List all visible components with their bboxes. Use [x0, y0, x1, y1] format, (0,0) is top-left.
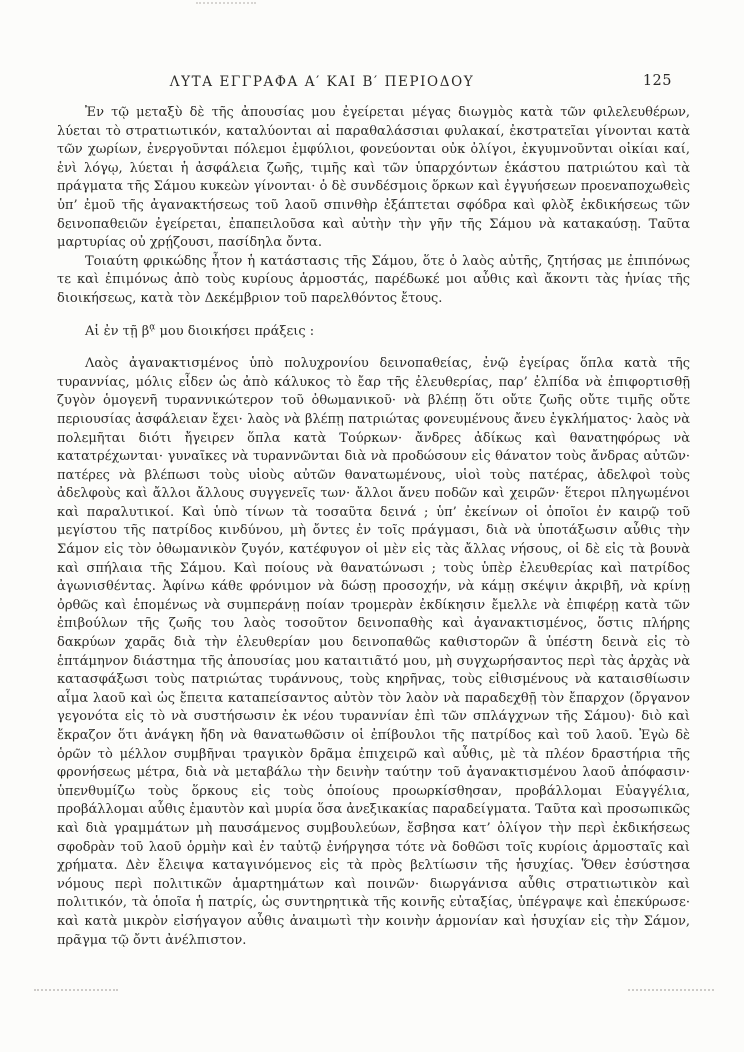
- scan-artifact-bottom-right: [628, 989, 714, 991]
- paragraph-3: Λαὸς ἀγανακτισμένος ὑπὸ πολυχρονίου δειν…: [57, 355, 690, 950]
- running-header: ΛΥΤΑ ΕΓΓΡΑΦΑ Α′ ΚΑΙ Β′ ΠΕΡΙΟΔΟΥ 125: [57, 74, 690, 94]
- page-header-title: ΛΥΤΑ ΕΓΓΡΑΦΑ Α′ ΚΑΙ Β′ ΠΕΡΙΟΔΟΥ: [57, 74, 587, 90]
- section-heading-text: Αἱ ἐν τῇ β: [85, 324, 149, 339]
- page-number: 125: [643, 73, 672, 89]
- scan-artifact-bottom-left: [34, 989, 118, 991]
- scanned-document-page: ΛΥΤΑ ΕΓΓΡΑΦΑ Α′ ΚΑΙ Β′ ΠΕΡΙΟΔΟΥ 125 Ἐν τ…: [0, 0, 744, 1052]
- document-body: Ἐν τῷ μεταξὺ δὲ τῆς ἀπουσίας μου ἐγείρετ…: [57, 104, 690, 950]
- paragraph-2: Τοιαύτη φρικώδης ἦτον ἡ κατάστασις τῆς Σ…: [57, 253, 690, 309]
- section-heading-tail: μου διοικήσει πράξεις :: [155, 324, 314, 339]
- paragraph-1: Ἐν τῷ μεταξὺ δὲ τῆς ἀπουσίας μου ἐγείρετ…: [57, 104, 690, 253]
- scan-artifact-top: [196, 2, 256, 9]
- section-heading: Αἱ ἐν τῇ βᾳ μου διοικήσει πράξεις :: [57, 323, 690, 342]
